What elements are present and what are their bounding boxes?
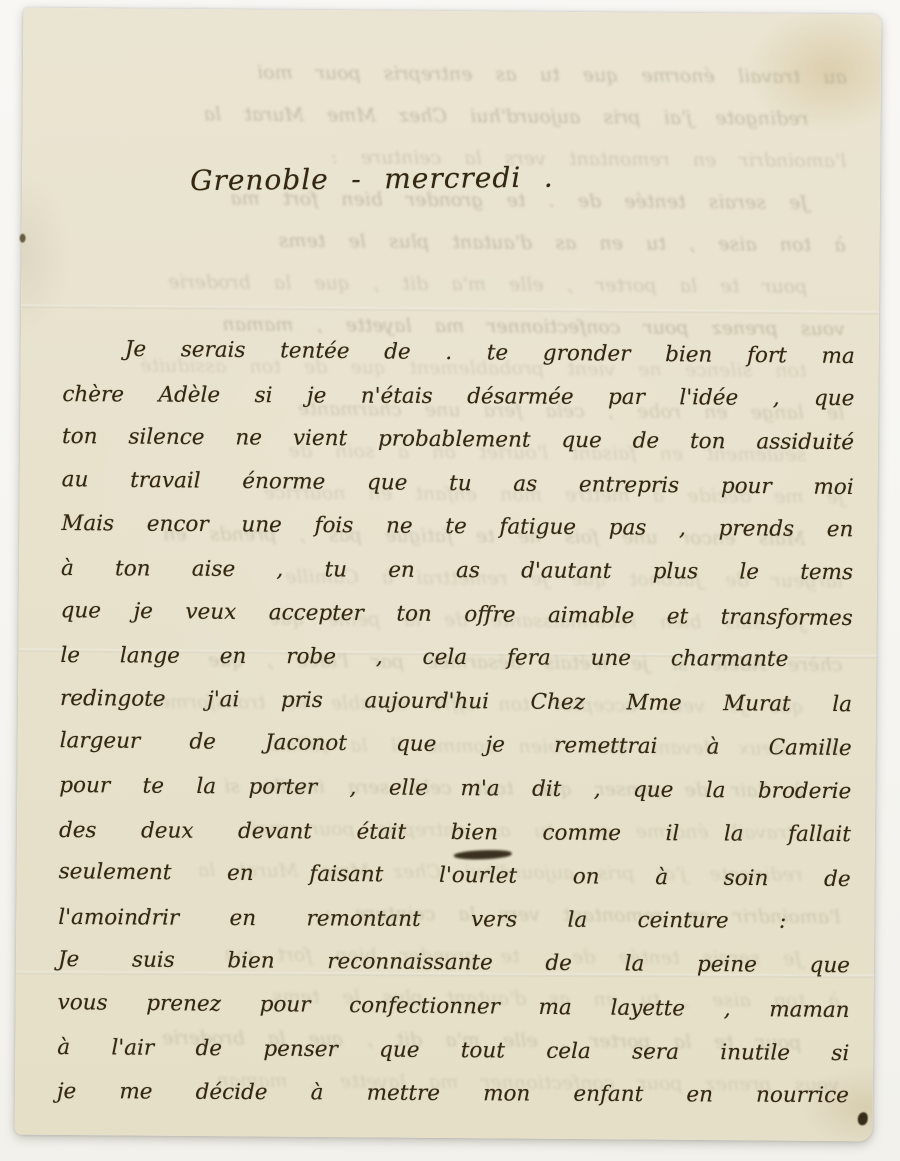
ghost-line: pour te la porter , elle m'a dit , que l… — [49, 260, 845, 308]
letter-line: Mais encor une fois ne te fatigue pas , … — [61, 502, 853, 552]
letter-line: je me décide à mettre mon enfant en nour… — [57, 1070, 849, 1118]
letter-line: à l'air de penser que tout cela sera inu… — [57, 1025, 849, 1075]
ghost-line: redingote j'ai pris aujourd'hui Chez Mme… — [50, 92, 846, 140]
ink-spot — [858, 1112, 868, 1125]
letter-line: l'amoindrir en remontant vers la ceintur… — [58, 896, 850, 944]
letter-line: chère Adèle si je n'étais désarmée par l… — [62, 373, 854, 421]
letter-line: redingote j'ai pris aujourd'hui Chez Mme… — [60, 677, 852, 727]
letter-line: des deux devant était bien comme il la f… — [59, 809, 851, 857]
letter-line: le lange en robe , cela fera une charman… — [60, 634, 852, 682]
ghost-line: à ton aise , tu en as d'autant plus le t… — [49, 218, 845, 266]
letter-line: seulement en faisant l'ourlet on à soin … — [58, 850, 850, 901]
letter-line: pour te la porter , elle m'a dit , que l… — [59, 764, 851, 814]
paper-crease — [21, 305, 879, 315]
letter-heading: Grenoble - mercredi . — [190, 161, 554, 197]
letter-line: que je veux accepter ton offre aimable e… — [60, 589, 852, 640]
letter-line: au travail énorme que tu as entrepris po… — [62, 458, 854, 509]
letter-line: à ton aise , tu en as d'autant plus le t… — [61, 547, 853, 595]
letter-line: largeur de Jaconot que je remettrai à Ca… — [59, 719, 851, 770]
letter-line: vous prenez pour confectionner ma layett… — [57, 981, 849, 1032]
letter-page: au travail énorme que tu as entrepris po… — [15, 8, 882, 1142]
ghost-line: au travail énorme que tu as entrepris po… — [51, 50, 847, 98]
letter-body: Je serais tentée de . te gronder bien fo… — [57, 328, 855, 1119]
letter-line: Je suis bien reconnaissante de la peine … — [58, 938, 850, 988]
letter-line: Je serais tentée de . te gronder bien fo… — [63, 327, 855, 378]
scan-background: au travail énorme que tu as entrepris po… — [0, 0, 900, 1161]
edge-ink-fleck — [20, 234, 26, 243]
letter-line: ton silence ne vient probablement que de… — [62, 415, 854, 465]
